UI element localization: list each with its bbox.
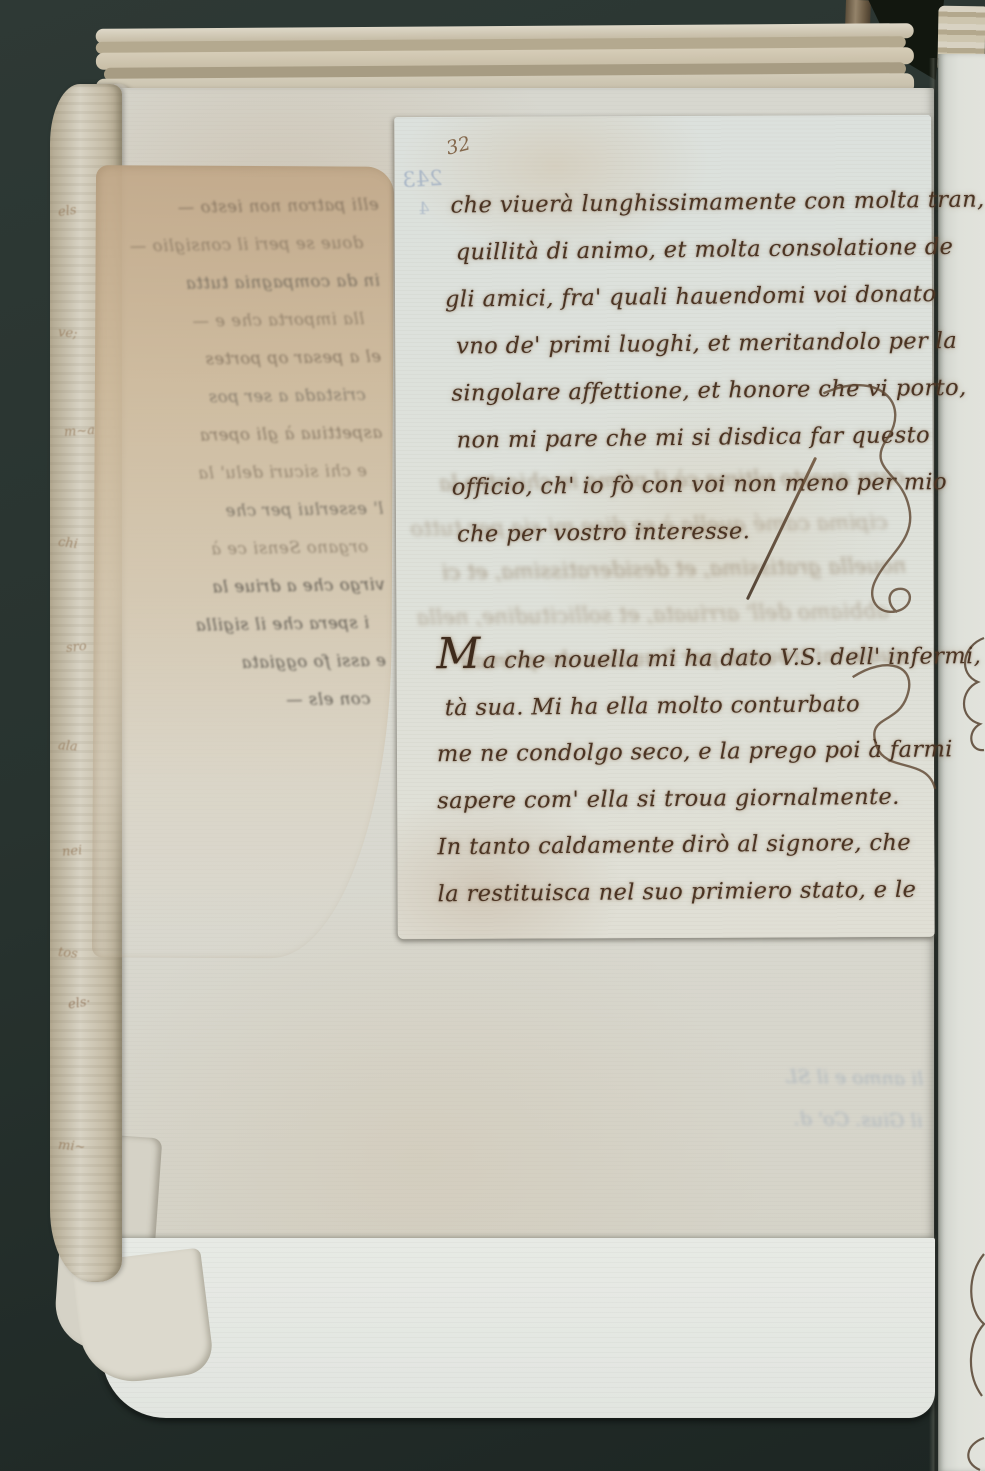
- hand-line: che viuerà lunghissimamente con molta tr…: [450, 177, 921, 229]
- hand-line: ala: [58, 738, 79, 754]
- hand-line: sapere com' ella si troua giornalmente.: [437, 773, 927, 824]
- hand-line: aspettiua à gli opera: [104, 414, 383, 456]
- hand-line: ve;: [57, 325, 78, 342]
- hand-line: sro: [65, 639, 87, 656]
- hand-line: tà sua. Mi ha ella molto conturbato: [445, 680, 927, 731]
- interleaf-sheet: elli patron non iesto —doue se peri il c…: [92, 165, 394, 959]
- hand-line: doue se peri il consiglio —: [101, 224, 364, 266]
- corner-mark: 32: [444, 132, 473, 159]
- hand-line: els: [57, 203, 77, 220]
- hand-line: quillità di animo, et molta consolatione…: [456, 224, 922, 276]
- hand-line: me ne condolgo seco, e la prego poi à fa…: [437, 727, 927, 778]
- hand-line: il Gius. Co' d.: [687, 1096, 923, 1142]
- hand-line: in da compagnia tutta: [102, 262, 381, 304]
- hand-line: nei: [61, 843, 82, 860]
- ink-flourish-icon: [954, 1434, 985, 1471]
- hand-line: chi: [57, 535, 78, 552]
- hand-line: virgo che a driue la: [106, 566, 385, 608]
- hand-line: els·: [67, 994, 92, 1012]
- letter-paragraph-2: Ma che nouella mi ha dato V.S. dell' inf…: [436, 635, 927, 916]
- folio-stamp: 243: [402, 166, 443, 192]
- hand-line: li anmo e il SL: [688, 1054, 924, 1100]
- hand-line: el a pesar op portes: [103, 338, 382, 380]
- facing-page-sliver: [938, 54, 985, 1471]
- showthrough-text-block: elli patron non iesto —doue se peri il c…: [100, 186, 386, 722]
- hand-line: organo Sensi ce à: [106, 528, 369, 570]
- hand-line: cristada a ser pos: [103, 376, 366, 418]
- hand-line: gli amici, fra' quali hauendomi voi dona…: [445, 271, 922, 323]
- margin-flourish-icon: [815, 377, 931, 662]
- ink-flourish-icon: [958, 1250, 985, 1400]
- hand-line: e chi sicuri delu' la: [105, 452, 368, 494]
- hand-line: In tanto caldamente dirò al signore, che: [437, 820, 927, 871]
- under-sheet: [102, 1238, 935, 1418]
- hand-line: l' esserlui per che: [105, 490, 384, 532]
- hand-line: tos: [57, 945, 78, 962]
- manuscript-photo: elsve;m~achisroalaneitosels·mi~ elli pat…: [0, 0, 985, 1471]
- hand-line: mi~: [57, 1138, 86, 1155]
- hand-line: e assi fo oggiata: [108, 642, 387, 684]
- hand-line: la restituisca nel suo primiero stato, e…: [437, 866, 927, 917]
- folio-stamp-sub: 4: [419, 199, 430, 219]
- hand-line: lla importa che e —: [102, 300, 365, 342]
- signature-showthrough: li anmo e il SLil Gius. Co' d.: [687, 1054, 923, 1142]
- hand-line: i spera che il sigilla: [107, 604, 370, 646]
- letter-sheet: 32 243 4 care questo ultima cò il primo …: [394, 115, 935, 939]
- hand-line: vno de' primi luoghi, et meritandolo per…: [456, 318, 922, 370]
- hand-line: con els —: [108, 680, 371, 722]
- hand-line: elli patron non iesto —: [100, 186, 379, 228]
- hand-line: Ma che nouella mi ha dato V.S. dell' inf…: [436, 634, 926, 685]
- hand-line: m~a: [64, 423, 96, 440]
